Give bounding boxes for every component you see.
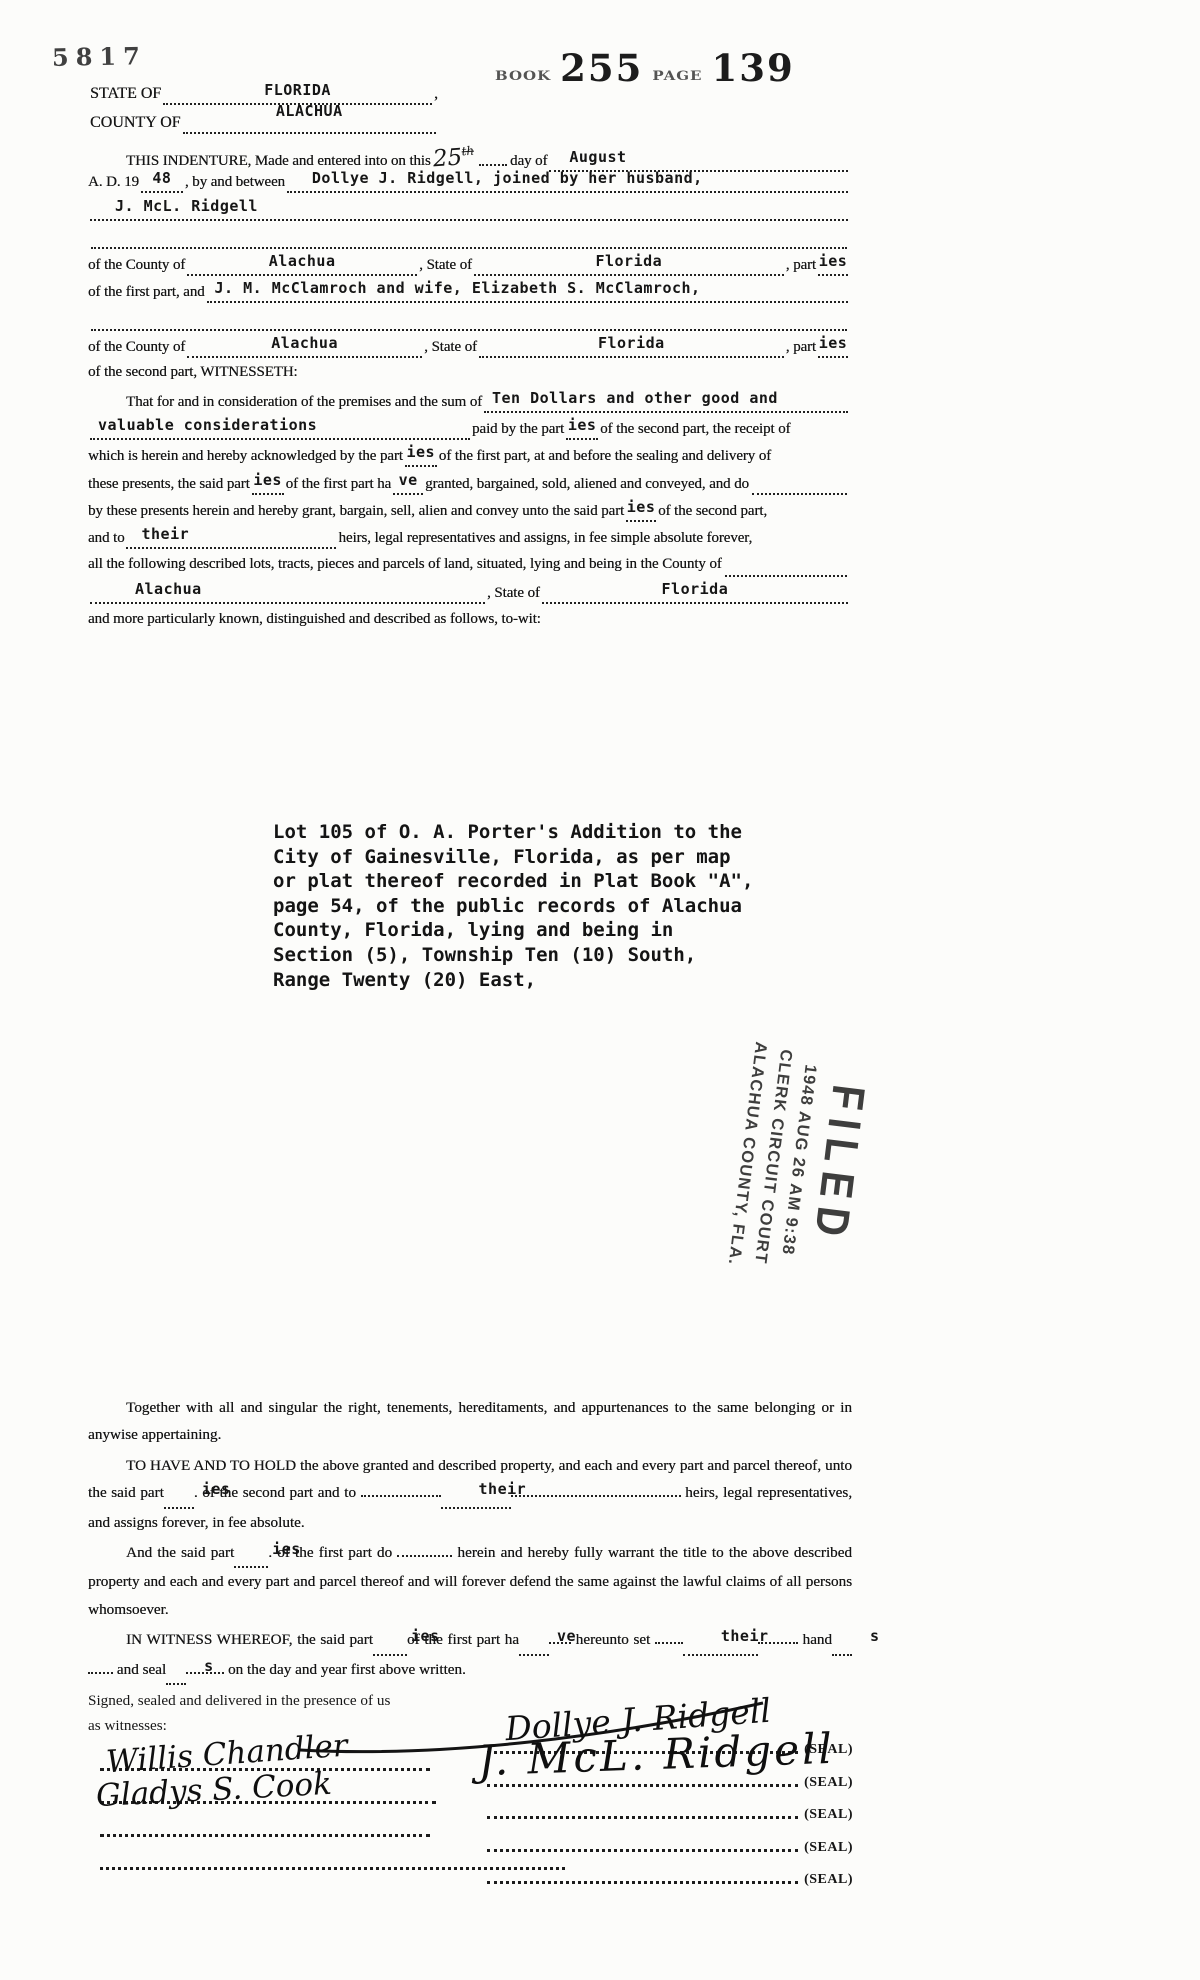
receipt-text: of the second part, the receipt of — [600, 421, 790, 438]
acknowledged-line: which is herein and hereby acknowledged … — [88, 446, 850, 473]
s-fill: s — [166, 1656, 186, 1685]
seal-label: (SEAL) — [798, 1872, 853, 1888]
ies-fill: ies — [252, 474, 284, 495]
ve-value: ve — [557, 1627, 576, 1645]
dotted-leader — [361, 1484, 441, 1497]
acknowledged-text: which is herein and hereby acknowledged … — [88, 448, 403, 465]
grant-convey-text: by these presents herein and hereby gran… — [88, 503, 624, 520]
second-part-text: of the second part, — [658, 503, 767, 520]
together-text: Together with all and singular the right… — [88, 1399, 852, 1443]
hereunto-text: hereunto set — [576, 1631, 651, 1648]
dotted-leader — [725, 575, 847, 577]
county3-fill: Alachua — [90, 583, 485, 604]
grantor-state: Florida — [595, 252, 662, 270]
ies-value: ies — [819, 334, 848, 352]
year-parties-line: A. D. 19 48 , by and between Dollye J. R… — [88, 172, 850, 199]
ies-fill: ies — [626, 501, 656, 522]
grantor-state-fill: Florida — [474, 255, 784, 276]
amount2-fill: valuable considerations — [90, 419, 470, 440]
paid-by-label: paid by the part — [472, 421, 564, 438]
county-value: ALACHUA — [276, 102, 343, 120]
ies-fill: ies — [405, 446, 437, 467]
document-number-stamp: 5817 — [52, 41, 147, 72]
hand-text: hand — [802, 1631, 832, 1648]
ies-fill: ies — [566, 419, 598, 440]
consideration-line2: valuable considerations paid by the part… — [88, 419, 850, 446]
amount-fill: Ten Dollars and other good and — [484, 392, 848, 413]
ve-fill: ve — [393, 474, 423, 495]
county-of-label: of the County of — [88, 339, 185, 356]
s-fill: s — [832, 1626, 852, 1655]
page-number: 139 — [711, 46, 794, 90]
day-of-label: day of — [510, 153, 547, 170]
signature-line — [487, 1784, 798, 1787]
ies-fill: ies — [373, 1626, 407, 1655]
grantor2-name: J. McL. Ridgell — [115, 197, 258, 215]
county-line: COUNTY OF ALACHUA — [90, 113, 438, 142]
county-state-line: Alachua , State of Florida — [88, 583, 850, 610]
ies-value: ies — [627, 498, 656, 516]
county3-value: Alachua — [135, 580, 202, 598]
book-number: 255 — [560, 46, 643, 90]
page-label: PAGE — [652, 68, 702, 83]
grantees-fill: J. M. McClamroch and wife, Elizabeth S. … — [207, 282, 848, 303]
habendum-section: Together with all and singular the right… — [88, 1394, 852, 1738]
dotted-leader — [91, 329, 847, 331]
witness-lead: IN WITNESS WHEREOF, the said part — [126, 1631, 373, 1648]
seal-label: (SEAL) — [798, 1807, 853, 1823]
property-description: Lot 105 of O. A. Porter's Addition to th… — [273, 820, 753, 992]
grantee-county-line: of the County of Alachua , State of Flor… — [88, 337, 850, 364]
state-county-block: STATE OF FLORIDA , COUNTY OF ALACHUA — [90, 84, 438, 142]
seal-row: (SEAL) — [487, 1856, 853, 1888]
ies-value: ies — [202, 1480, 231, 1498]
ies-value: ies — [568, 416, 597, 434]
dotted-leader — [511, 1484, 681, 1497]
year-fill: 48 — [141, 172, 183, 193]
grantor2-fill: J. McL. Ridgell — [90, 200, 848, 221]
witness-signature-line — [100, 1834, 430, 1837]
ies-fill: ies — [234, 1539, 268, 1568]
part-label: , part — [786, 257, 816, 274]
amount-line2: valuable considerations — [98, 416, 317, 434]
seal-label: (SEAL) — [798, 1775, 853, 1791]
grantee-county: Alachua — [271, 334, 338, 352]
ies-fill: ies — [818, 255, 848, 276]
their-value: their — [141, 525, 189, 543]
grantors-names: Dollye J. Ridgell, joined by her husband… — [312, 169, 703, 187]
ies-value: ies — [411, 1627, 440, 1645]
grantor-county: Alachua — [269, 252, 336, 270]
their-fill: their — [126, 528, 336, 549]
lots-text: all the following described lots, tracts… — [88, 556, 722, 573]
seal-row: (SEAL) — [487, 1823, 853, 1855]
deed-document-page: 5817 BOOK 255 PAGE 139 STATE OF FLORIDA … — [0, 0, 1200, 1980]
to-wit-line: and more particularly known, distinguish… — [88, 611, 850, 638]
signature-line — [487, 1816, 798, 1819]
to-have-paragraph: TO HAVE AND TO HOLD the above granted an… — [88, 1452, 852, 1536]
s-value: s — [204, 1657, 214, 1675]
state3-value: Florida — [662, 580, 729, 598]
blank-dotted-line — [88, 227, 850, 254]
their-value: their — [479, 1480, 527, 1498]
signature-line — [487, 1849, 798, 1852]
grantors-fill: Dollye J. Ridgell, joined by her husband… — [287, 172, 848, 193]
book-label: BOOK — [495, 68, 551, 83]
witnesseth-line: of the second part, WITNESSETH: — [88, 364, 850, 391]
filing-stamp: FILED 1948 AUG 26 AM 9:38 CLERK CIRCUIT … — [720, 1008, 879, 1313]
by-between-label: , by and between — [185, 174, 285, 191]
consideration-line1: That for and in consideration of the pre… — [88, 392, 850, 419]
state-comma: , — [434, 85, 438, 103]
part-label: , part — [786, 339, 816, 356]
presents-text: these presents, the said part — [88, 476, 250, 493]
and-to-label: and to — [88, 530, 124, 547]
to-wit-text: and more particularly known, distinguish… — [88, 611, 541, 628]
first-part-and-label: of the first part, and — [88, 284, 205, 301]
signature-line — [487, 1881, 798, 1884]
ies-fill: ies — [164, 1479, 194, 1508]
grantor-county-line: of the County of Alachua , State of Flor… — [88, 255, 850, 282]
seal-label: (SEAL) — [798, 1840, 853, 1856]
warranty-paragraph: And the said parties. of the first part … — [88, 1539, 852, 1623]
written-text: on the day and year first above written. — [228, 1661, 466, 1678]
ies-value: ies — [819, 252, 848, 270]
witnesseth-text: of the second part, WITNESSETH: — [88, 364, 298, 381]
dotted-leader — [91, 247, 847, 249]
sealing-text: of the first part, at and before the sea… — [439, 448, 771, 465]
state-line: STATE OF FLORIDA , — [90, 84, 438, 113]
grantor-county-fill: Alachua — [187, 255, 417, 276]
ve-value: ve — [399, 471, 418, 489]
grantees-names: J. M. McClamroch and wife, Elizabeth S. … — [215, 279, 701, 297]
ad-label: A. D. 19 — [88, 174, 139, 191]
ies-value: ies — [407, 443, 436, 461]
grantee-state: Florida — [598, 334, 665, 352]
together-paragraph: Together with all and singular the right… — [88, 1394, 852, 1449]
amount-line1: Ten Dollars and other good and — [492, 389, 778, 407]
in-witness-paragraph: IN WITNESS WHEREOF, the said partiesof t… — [88, 1626, 852, 1685]
state-of-label: , State of — [424, 339, 477, 356]
ies-fill: ies — [818, 337, 848, 358]
seal-row: (SEAL) — [487, 1791, 853, 1823]
grantee-county-fill: Alachua — [187, 337, 422, 358]
dotted-leader — [752, 493, 847, 495]
grantee-state-fill: Florida — [479, 337, 784, 358]
their-value: their — [721, 1627, 769, 1645]
state3-fill: Florida — [542, 583, 848, 604]
dotted-leader — [397, 1544, 452, 1557]
granted-text: granted, bargained, sold, aliened and co… — [425, 476, 749, 493]
state-of-label: , State of — [487, 585, 540, 602]
ve-fill: ve — [519, 1626, 549, 1655]
dotted-leader — [88, 1661, 113, 1674]
state-of-label: , State of — [419, 257, 472, 274]
consideration-lead: That for and in consideration of the pre… — [88, 394, 482, 411]
warrant-lead: And the said part — [126, 1544, 234, 1561]
county-fill: ALACHUA — [183, 113, 436, 134]
their-fill: their — [683, 1626, 758, 1655]
dotted-leader — [655, 1631, 683, 1644]
s-value: s — [870, 1627, 880, 1645]
ies-value: ies — [253, 471, 282, 489]
day-suffix: th — [461, 144, 474, 159]
grant-convey-line: by these presents herein and hereby gran… — [88, 501, 850, 528]
heirs-line: and to their heirs, legal representative… — [88, 528, 850, 555]
blank-dotted-line — [88, 309, 850, 336]
county-label: COUNTY OF — [90, 114, 181, 132]
and-seal-text: and seal — [117, 1661, 166, 1678]
dotted-leader — [479, 164, 507, 166]
county-of-label: of the County of — [88, 257, 185, 274]
their-fill: their — [441, 1479, 511, 1508]
ies-value: ies — [272, 1540, 301, 1558]
month-value: August — [569, 148, 626, 166]
book-page-stamp: BOOK 255 PAGE 139 — [495, 46, 795, 90]
granted-line: these presents, the said part ies of the… — [88, 474, 850, 501]
indenture-lead: THIS INDENTURE, Made and entered into on… — [88, 153, 431, 170]
state-value: FLORIDA — [264, 81, 331, 99]
deed-body-lines: THIS INDENTURE, Made and entered into on… — [88, 145, 850, 638]
heirs-text: heirs, legal representatives and assigns… — [338, 530, 752, 547]
lots-line: all the following described lots, tracts… — [88, 556, 850, 583]
first-part-ha-label: of the first part ha — [286, 476, 391, 493]
grantor2-line: J. McL. Ridgell — [88, 200, 850, 227]
year-value: 48 — [152, 169, 171, 187]
state-label: STATE OF — [90, 85, 161, 103]
grantees-line: of the first part, and J. M. McClamroch … — [88, 282, 850, 309]
